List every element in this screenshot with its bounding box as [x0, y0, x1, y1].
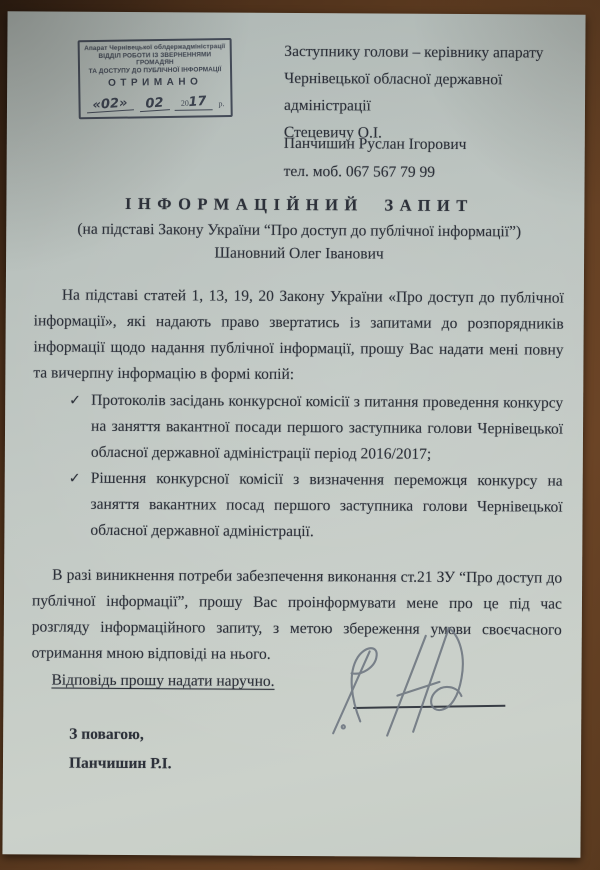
stamp-date-year: 2017	[175, 96, 213, 112]
list-item-text: Рішення конкурсної комісії з визначення …	[90, 470, 562, 540]
stamp-date: «02» 02 2017 р.	[84, 95, 226, 112]
applicant-block: Панчишин Руслан Ігорович тел. моб. 067 5…	[284, 130, 584, 188]
applicant-name: Панчишин Руслан Ігорович	[284, 130, 584, 160]
document-subtitle: (на підставі Закону України “Про доступ …	[34, 220, 564, 241]
stamp-date-month: 02	[139, 97, 170, 113]
stamp-received-label: ОТРИМАНО	[84, 76, 226, 89]
list-item-text: Протоколів засідань конкурсної комісії з…	[91, 392, 563, 463]
addressee-line-2: Чернівецької обласної державної адмініст…	[284, 65, 584, 121]
checkmark-icon: ✓	[69, 466, 81, 492]
stamp-org-line3: ТА ДОСТУПУ ДО ПУБЛІЧНОЇ ІНФОРМАЦІЇ	[84, 66, 226, 76]
addressee-line-1: Заступнику голови – керівнику апарату	[284, 38, 584, 67]
received-stamp: Апарат Чернівецької облдержадміністрації…	[78, 38, 233, 119]
list-item: ✓ Рішення конкурсної комісії з визначенн…	[90, 466, 562, 547]
salutation: Шановний Олег Іванович	[34, 243, 564, 264]
checkmark-icon: ✓	[69, 388, 81, 414]
applicant-phone: тел. моб. 067 567 79 99	[284, 158, 584, 188]
document-title: ІНФОРМАЦІЙНИЙ ЗАПИТ	[34, 193, 564, 216]
request-paragraph: На підставі статей 1, 13, 19, 20 Закону …	[33, 282, 564, 389]
letter-paper: Апарат Чернівецької облдержадміністрації…	[2, 11, 585, 858]
handwritten-signature	[313, 621, 514, 742]
closing-name: Панчишин Р.І.	[69, 749, 561, 781]
stamp-year-suffix: р.	[218, 98, 224, 110]
stamp-year-handwritten: 17	[188, 95, 207, 109]
document-photo: Апарат Чернівецької облдержадміністрації…	[0, 0, 600, 870]
stamp-date-day: «02»	[86, 97, 134, 114]
request-items-list: ✓ Протоколів засідань конкурсної комісії…	[32, 387, 563, 546]
list-item: ✓ Протоколів засідань конкурсної комісії…	[91, 388, 563, 469]
